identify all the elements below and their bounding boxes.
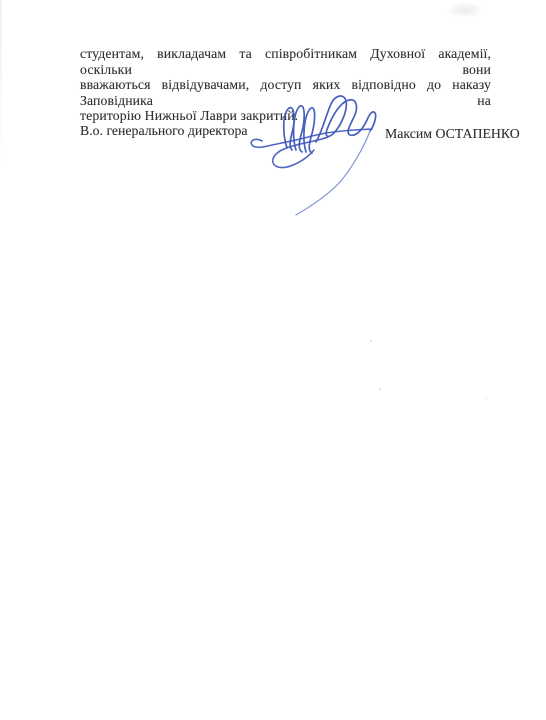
signature-stroke-flourish — [316, 96, 376, 142]
paragraph-line: студентам, викладачам та співробітникам … — [80, 46, 491, 77]
handwritten-signature-ink — [245, 88, 395, 223]
signature-stroke-loops — [284, 106, 315, 153]
signer-name: Максим ОСТАПЕНКО — [385, 126, 520, 142]
signature-stroke-tail — [296, 131, 370, 215]
dust-speck — [379, 388, 381, 390]
dust-speck — [370, 340, 372, 342]
signature-stroke-baseline — [251, 129, 372, 147]
scanned-document-page: студентам, викладачам та співробітникам … — [0, 0, 546, 720]
signoff-position-title: В.о. генерального директора — [80, 123, 248, 139]
dust-speck — [485, 397, 487, 399]
scan-edge-shadow — [0, 0, 2, 170]
scan-smudge — [446, 2, 484, 18]
